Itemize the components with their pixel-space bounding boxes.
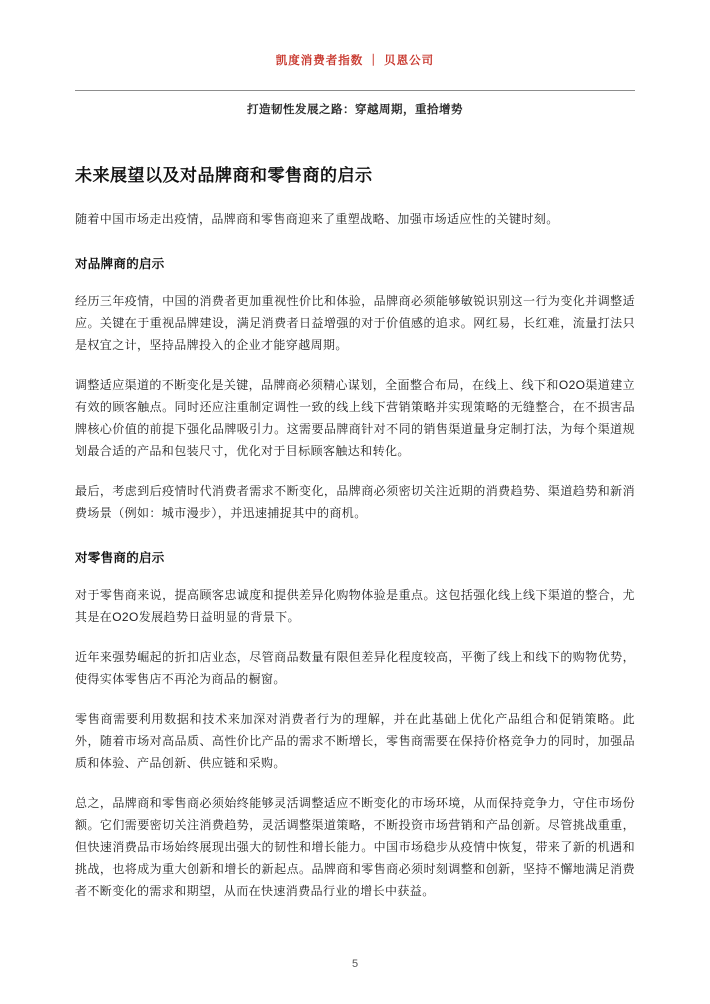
report-title: 打造韧性发展之路：穿越周期，重拾增势: [0, 101, 710, 117]
brand-paragraph-2: 调整适应渠道的不断变化是关键，品牌商必须精心谋划，全面整合布局，在线上、线下和O…: [75, 374, 635, 462]
retail-paragraph-3: 零售商需要利用数据和技术来加深对消费者行为的理解，并在此基础上优化产品组合和促销…: [75, 708, 635, 774]
intro-paragraph: 随着中国市场走出疫情，品牌商和零售商迎来了重塑战略、加强市场适应性的关键时刻。: [75, 208, 635, 230]
brand-paragraph-3: 最后，考虑到后疫情时代消费者需求不断变化，品牌商必须密切关注近期的消费趋势、渠道…: [75, 480, 635, 524]
brand-header: 凯度消费者指数 ｜ 贝恩公司: [0, 0, 710, 68]
retail-paragraph-2: 近年来强势崛起的折扣店业态，尽管商品数量有限但差异化程度较高，平衡了线上和线下的…: [75, 646, 635, 690]
content-area: 未来展望以及对品牌商和零售商的启示 随着中国市场走出疫情，品牌商和零售商迎来了重…: [75, 161, 635, 902]
retail-paragraph-1: 对于零售商来说，提高顾客忠诚度和提供差异化购物体验是重点。这包括强化线上线下渠道…: [75, 584, 635, 628]
document-page: 凯度消费者指数 ｜ 贝恩公司 打造韧性发展之路：穿越周期，重拾增势 未来展望以及…: [0, 0, 710, 1004]
page-title: 未来展望以及对品牌商和零售商的启示: [75, 161, 635, 186]
subheading-retail-implications: 对零售商的启示: [75, 548, 635, 566]
header-divider: [75, 90, 635, 91]
brand-header-text: 凯度消费者指数 ｜ 贝恩公司: [276, 55, 434, 67]
page-number: 5: [0, 958, 710, 970]
subheading-brand-implications: 对品牌商的启示: [75, 254, 635, 272]
brand-paragraph-1: 经历三年疫情，中国的消费者更加重视性价比和体验，品牌商必须能够敏锐识别这一行为变…: [75, 290, 635, 356]
conclusion-paragraph: 总之，品牌商和零售商必须始终能够灵活调整适应不断变化的市场环境，从而保持竞争力，…: [75, 792, 635, 902]
